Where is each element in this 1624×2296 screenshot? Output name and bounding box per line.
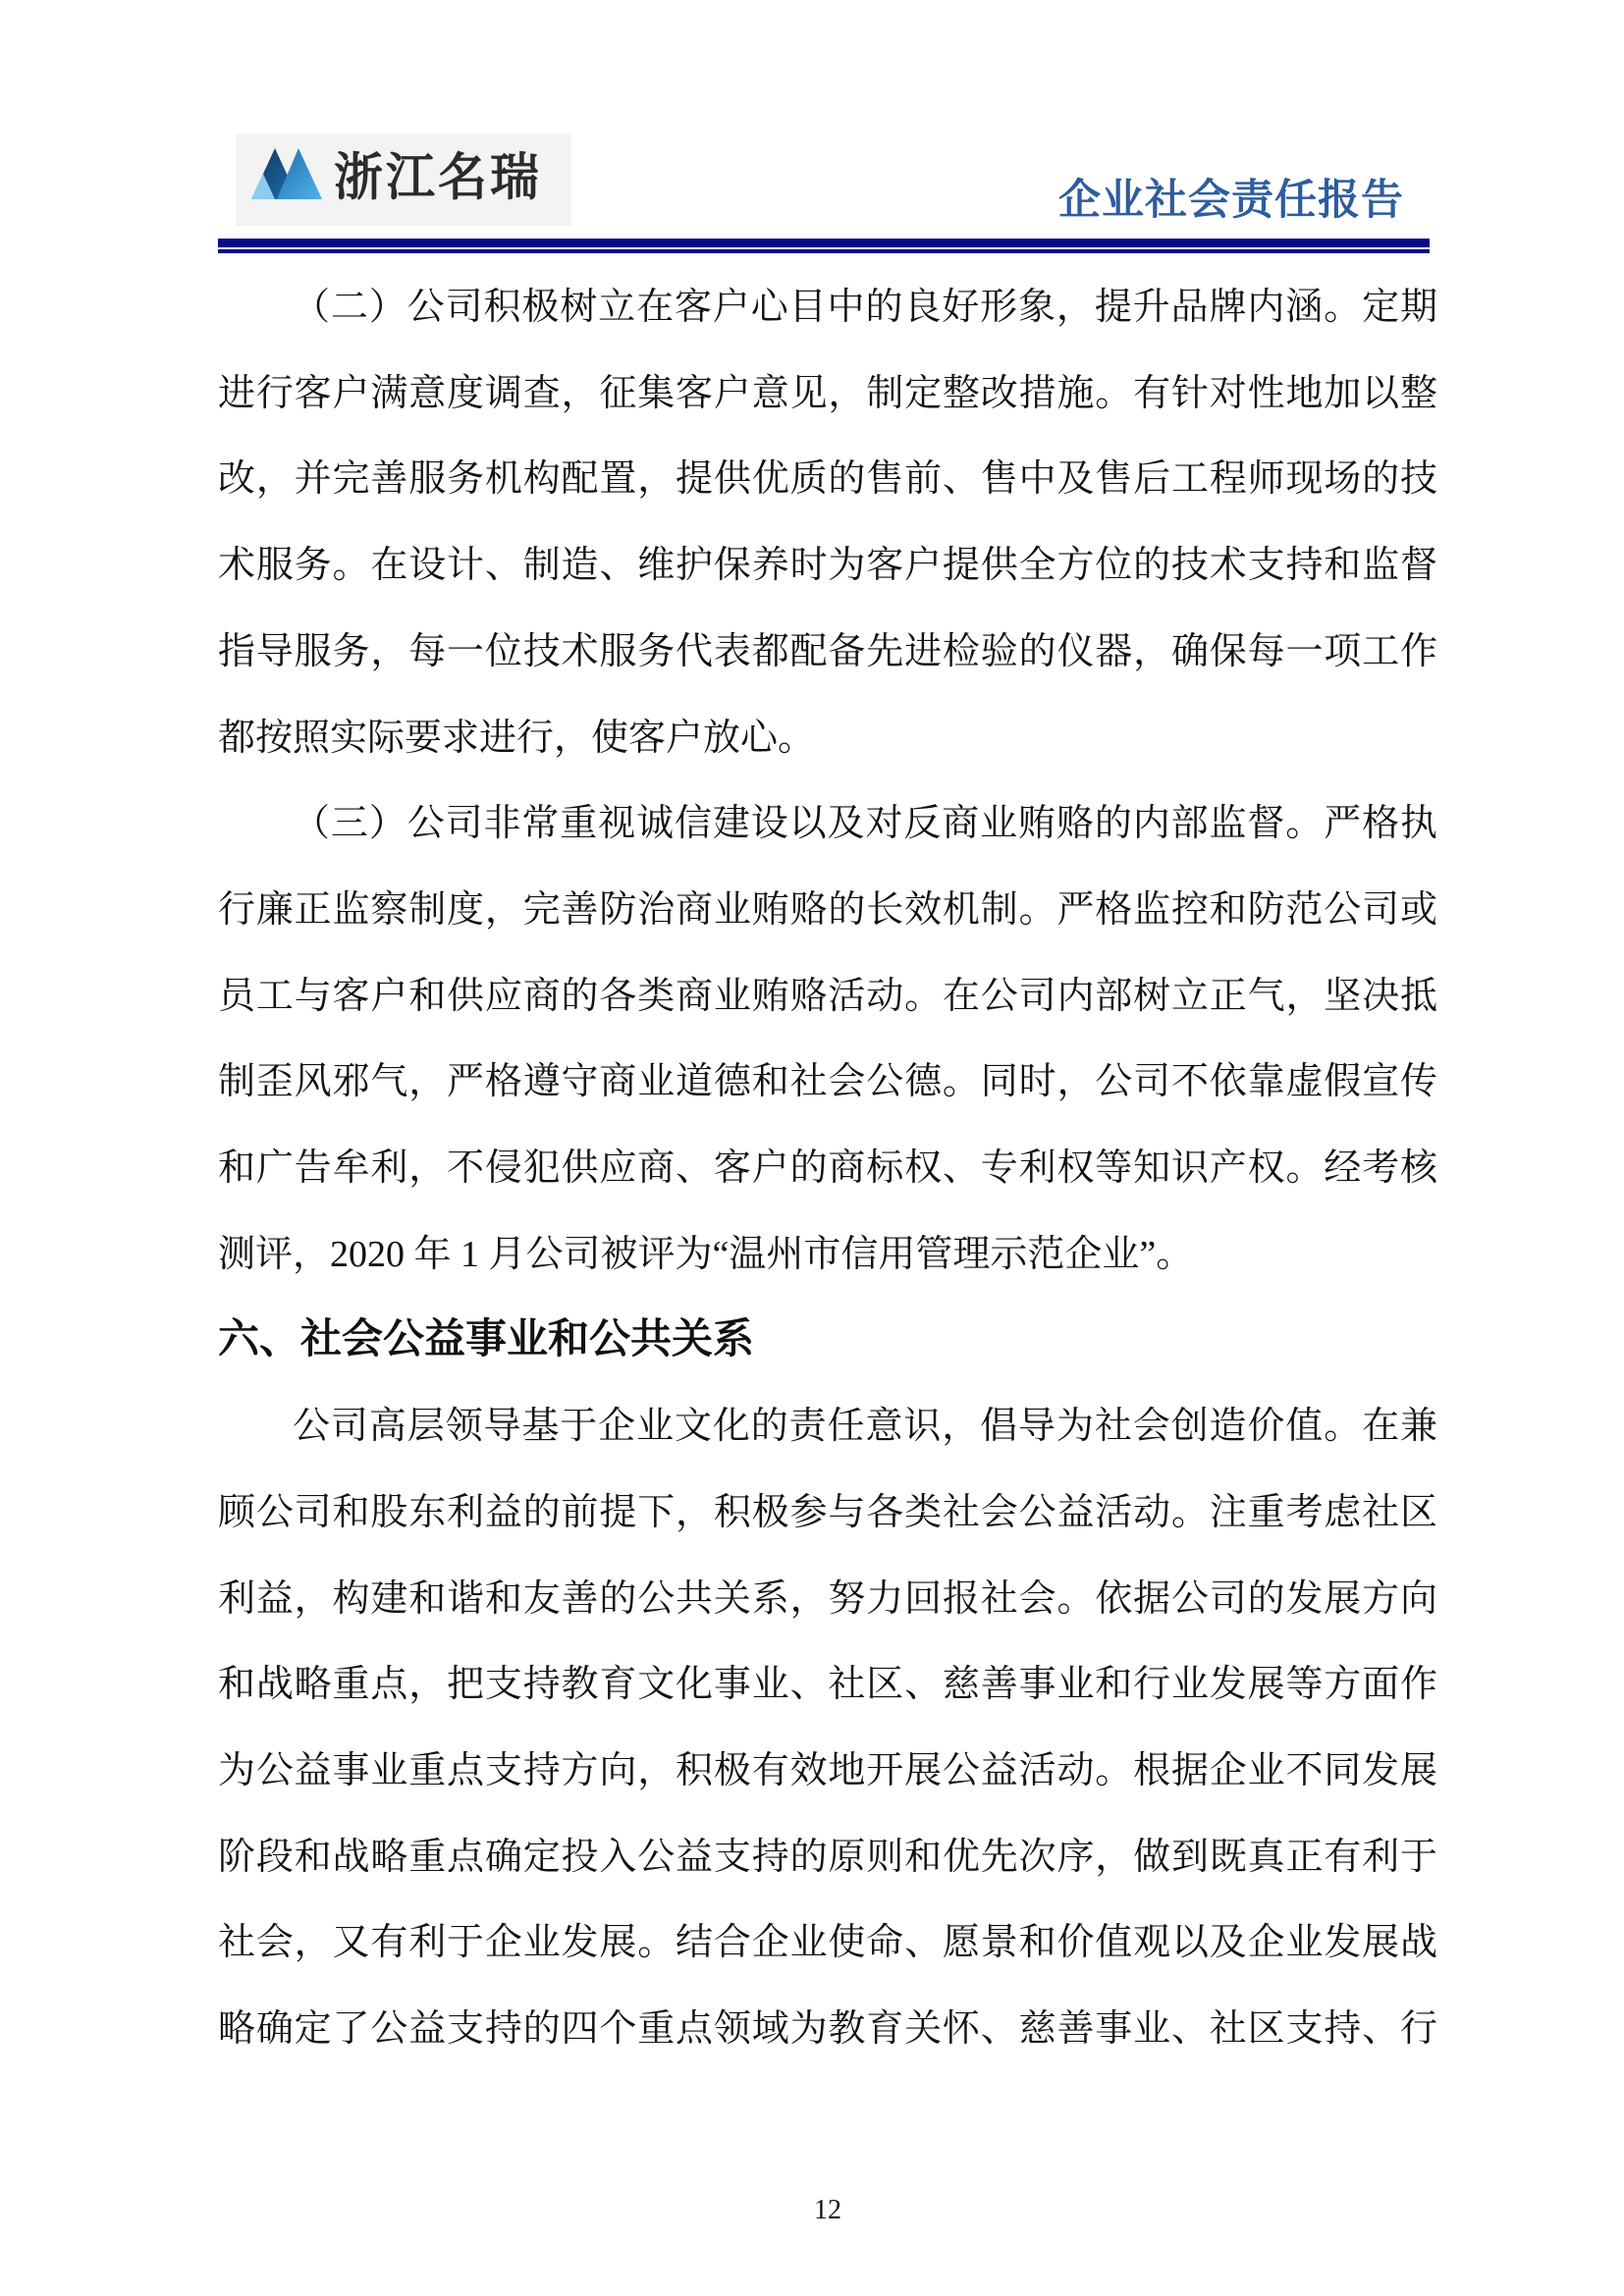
page-number: 12: [218, 2191, 1437, 2230]
company-logo: 浙江名瑞: [236, 133, 571, 226]
text-line: 和广告牟利，不侵犯供应商、客户的商标权、专利权等知识产权。经考核: [218, 1126, 1437, 1212]
divider-thin-bar: [218, 249, 1430, 253]
text-line: 改，并完善服务机构配置，提供优质的售前、售中及售后工程师现场的技: [218, 437, 1437, 523]
text-line: 术服务。在设计、制造、维护保养时为客户提供全方位的技术支持和监督: [218, 523, 1437, 610]
text-line: 进行客户满意度调查，征集客户意见，制定整改措施。有针对性地加以整: [218, 351, 1437, 438]
text-line: （二）公司积极树立在客户心目中的良好形象，提升品牌内涵。定期: [218, 265, 1437, 351]
text-line: 利益，构建和谐和友善的公共关系，努力回报社会。依据公司的发展方向: [218, 1557, 1437, 1643]
text-line: 社会，又有利于企业发展。结合企业使命、愿景和价值观以及企业发展战: [218, 1900, 1437, 1987]
text-line: 行廉正监察制度，完善防治商业贿赂的长效机制。严格监控和防范公司或: [218, 868, 1437, 954]
text-line: 顾公司和股东利益的前提下，积极参与各类社会公益活动。注重考虑社区: [218, 1470, 1437, 1557]
text-line: （三）公司非常重视诚信建设以及对反商业贿赂的内部监督。严格执: [218, 781, 1437, 868]
header-divider: [218, 239, 1430, 253]
text-line: 公司高层领导基于企业文化的责任意识，倡导为社会创造价值。在兼: [218, 1384, 1437, 1470]
text-line: 制歪风邪气，严格遵守商业道德和社会公德。同时，公司不依靠虚假宣传: [218, 1040, 1437, 1126]
text-line: 为公益事业重点支持方向，积极有效地开展公益活动。根据企业不同发展: [218, 1729, 1437, 1815]
document-page: 浙江名瑞 企业社会责任报告 （二）公司积极树立在客户心目中的良好形象，提升品牌内…: [0, 0, 1624, 2296]
text-line: 略确定了公益支持的四个重点领域为教育关怀、慈善事业、社区支持、行: [218, 1987, 1437, 2073]
page-title: 企业社会责任报告: [1058, 180, 1404, 222]
text-line: 都按照实际要求进行，使客户放心。: [218, 696, 1437, 782]
divider-thick-bar: [218, 239, 1430, 247]
mountain-m-logo-icon: [249, 146, 324, 201]
text-line: 测评，2020 年 1 月公司被评为“温州市信用管理示范企业”。: [218, 1212, 1437, 1299]
brand-name: 浙江名瑞: [334, 148, 542, 207]
text-line: 指导服务，每一位技术服务代表都配备先进检验的仪器，确保每一项工作: [218, 610, 1437, 696]
document-body: （二）公司积极树立在客户心目中的良好形象，提升品牌内涵。定期 进行客户满意度调查…: [218, 265, 1437, 2073]
section-heading: 六、社会公益事业和公共关系: [218, 1298, 1437, 1384]
text-line: 阶段和战略重点确定投入公益支持的原则和优先次序，做到既真正有利于: [218, 1815, 1437, 1901]
text-line: 和战略重点，把支持教育文化事业、社区、慈善事业和行业发展等方面作: [218, 1642, 1437, 1729]
text-line: 员工与客户和供应商的各类商业贿赂活动。在公司内部树立正气，坚决抵: [218, 954, 1437, 1041]
